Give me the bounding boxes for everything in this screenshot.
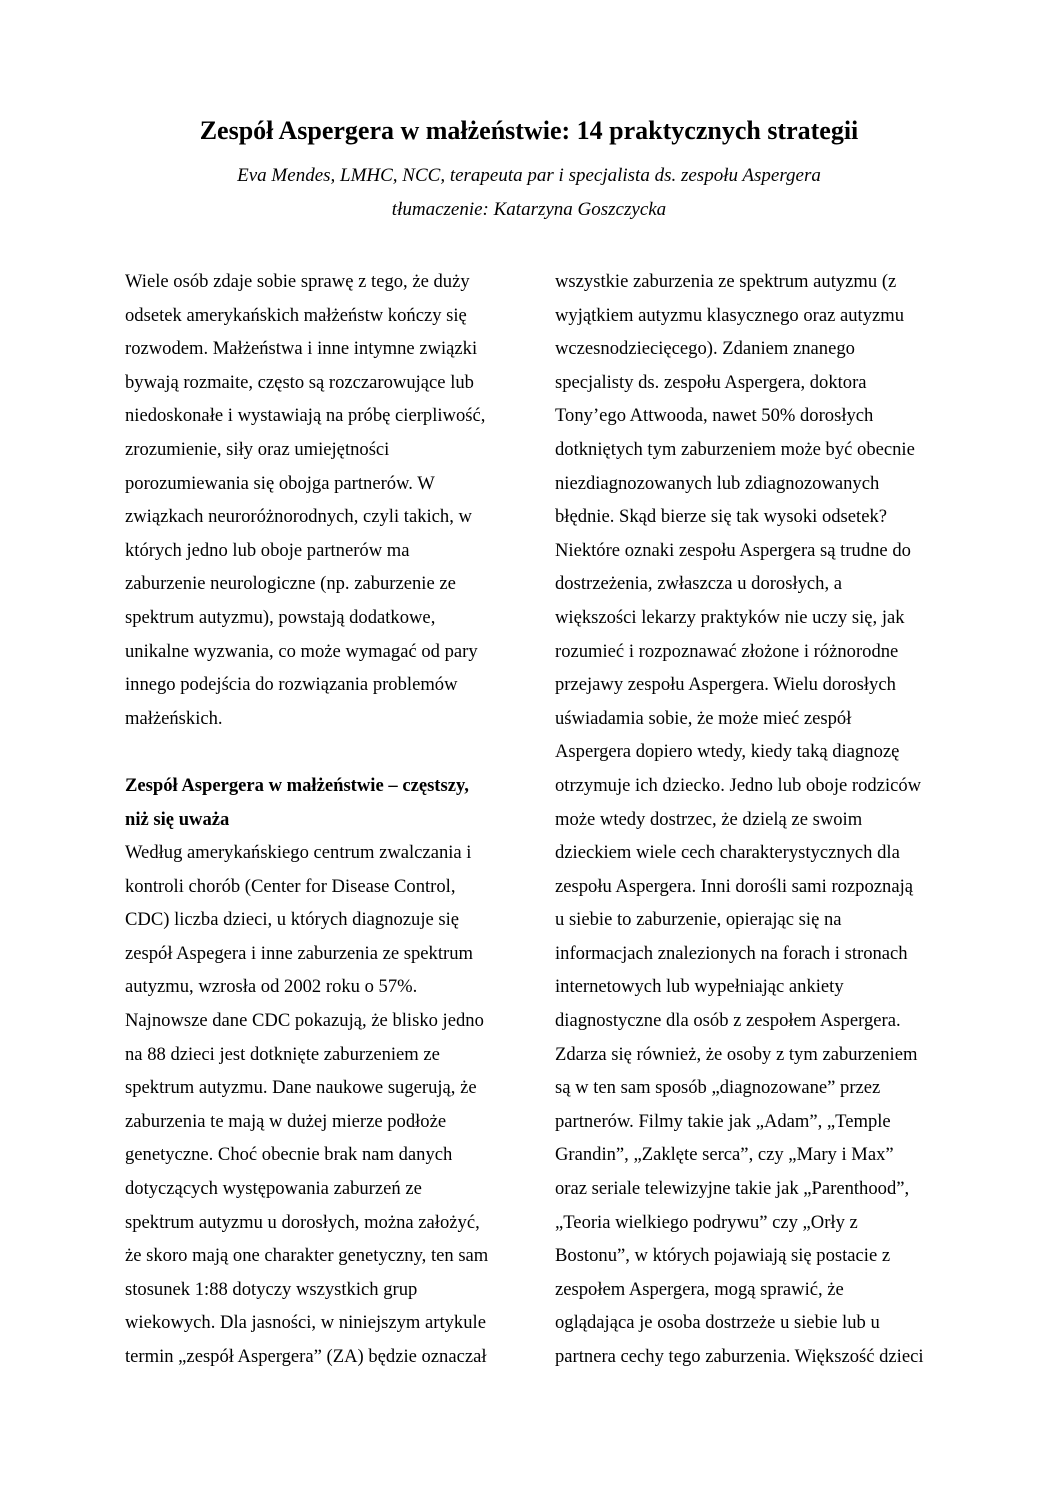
paragraph-line: zaburzenia te mają w dużej mierze podłoż… xyxy=(125,1105,545,1139)
paragraph-line: błędnie. Skąd bierze się tak wysoki odse… xyxy=(555,500,975,534)
paragraph-line: małżeńskich. xyxy=(125,702,545,736)
paragraph-line: diagnostyczne dla osób z zespołem Asperg… xyxy=(555,1004,975,1038)
left-column: Wiele osób zdaje sobie sprawę z tego, że… xyxy=(125,265,545,1374)
paragraph-line: Bostonu”, w których pojawiają się postac… xyxy=(555,1239,975,1273)
paragraph-line: zespół Aspegera i inne zaburzenia ze spe… xyxy=(125,937,545,971)
paragraph-line: wczesnodziecięcego). Zdaniem znanego xyxy=(555,332,975,366)
paragraph-line: Najnowsze dane CDC pokazują, że blisko j… xyxy=(125,1004,545,1038)
paragraph-line: zaburzenie neurologiczne (np. zaburzenie… xyxy=(125,567,545,601)
paragraph-line: innego podejścia do rozwiązania problemó… xyxy=(125,668,545,702)
paragraph-line: zrozumienie, siły oraz umiejętności xyxy=(125,433,545,467)
paragraph-line: uświadamia sobie, że może mieć zespół xyxy=(555,702,975,736)
paragraph-line: oglądająca je osoba dostrzeże u siebie l… xyxy=(555,1306,975,1340)
paragraph-line: że skoro mają one charakter genetyczny, … xyxy=(125,1239,545,1273)
paragraph-line: niedoskonałe i wystawiają na próbę cierp… xyxy=(125,399,545,433)
paragraph-line: CDC) liczba dzieci, u których diagnozuje… xyxy=(125,903,545,937)
paragraph-line: na 88 dzieci jest dotknięte zaburzeniem … xyxy=(125,1038,545,1072)
paragraph-line: przejawy zespołu Aspergera. Wielu dorosł… xyxy=(555,668,975,702)
paragraph-line: wiekowych. Dla jasności, w niniejszym ar… xyxy=(125,1306,545,1340)
paragraph-line: Tony’ego Attwooda, nawet 50% dorosłych xyxy=(555,399,975,433)
paragraph-line: rozwodem. Małżeństwa i inne intymne zwią… xyxy=(125,332,545,366)
paragraph-line: specjalisty ds. zespołu Aspergera, dokto… xyxy=(555,366,975,400)
paragraph-line: internetowych lub wypełniając ankiety xyxy=(555,970,975,1004)
paragraph-line: wyjątkiem autyzmu klasycznego oraz autyz… xyxy=(555,299,975,333)
translator-line: tłumaczenie: Katarzyna Goszczycka xyxy=(0,197,1058,223)
document-title: Zespół Aspergera w małżeństwie: 14 prakt… xyxy=(0,114,1058,148)
paragraph-line: rozumieć i rozpoznawać złożone i różnoro… xyxy=(555,635,975,669)
paragraph-line: spektrum autyzmu), powstają dodatkowe, xyxy=(125,601,545,635)
paragraph-line: spektrum autyzmu. Dane naukowe sugerują,… xyxy=(125,1071,545,1105)
paragraph-line: wszystkie zaburzenia ze spektrum autyzmu… xyxy=(555,265,975,299)
paragraph-line: zespołu Aspergera. Inni dorośli sami roz… xyxy=(555,870,975,904)
section-heading-line: niż się uważa xyxy=(125,803,545,837)
paragraph-line: zespołem Aspergera, mogą sprawić, że xyxy=(555,1273,975,1307)
paragraph-line: odsetek amerykańskich małżeństw kończy s… xyxy=(125,299,545,333)
paragraph-line: u siebie to zaburzenie, opierając się na xyxy=(555,903,975,937)
paragraph-line: otrzymuje ich dziecko. Jedno lub oboje r… xyxy=(555,769,975,803)
paragraph-line: większości lekarzy praktyków nie uczy si… xyxy=(555,601,975,635)
paragraph-line: związkach neuroróżnorodnych, czyli takic… xyxy=(125,500,545,534)
paragraph-line: dostrzeżenia, zwłaszcza u dorosłych, a xyxy=(555,567,975,601)
paragraph-line: Według amerykańskiego centrum zwalczania… xyxy=(125,836,545,870)
paragraph-line: stosunek 1:88 dotyczy wszystkich grup xyxy=(125,1273,545,1307)
paragraph-line: kontroli chorób (Center for Disease Cont… xyxy=(125,870,545,904)
paragraph-line: spektrum autyzmu u dorosłych, można zało… xyxy=(125,1206,545,1240)
paragraph-line: unikalne wyzwania, co może wymagać od pa… xyxy=(125,635,545,669)
paragraph-line: niezdiagnozowanych lub zdiagnozowanych xyxy=(555,467,975,501)
author-line: Eva Mendes, LMHC, NCC, terapeuta par i s… xyxy=(0,163,1058,189)
paragraph-line: partnera cechy tego zaburzenia. Większoś… xyxy=(555,1340,975,1374)
paragraph-line: Grandin”, „Zaklęte serca”, czy „Mary i M… xyxy=(555,1138,975,1172)
section-heading-line: Zespół Aspergera w małżeństwie – częstsz… xyxy=(125,769,545,803)
paragraph-line: Wiele osób zdaje sobie sprawę z tego, że… xyxy=(125,265,545,299)
paragraph-line: oraz seriale telewizyjne takie jak „Pare… xyxy=(555,1172,975,1206)
right-column: wszystkie zaburzenia ze spektrum autyzmu… xyxy=(555,265,975,1374)
paragraph-line: dotyczących występowania zaburzeń ze xyxy=(125,1172,545,1206)
paragraph-line: bywają rozmaite, często są rozczarowując… xyxy=(125,366,545,400)
paragraph-line: dzieckiem wiele cech charakterystycznych… xyxy=(555,836,975,870)
paragraph-line: Aspergera dopiero wtedy, kiedy taką diag… xyxy=(555,735,975,769)
paragraph-line: porozumiewania się obojga partnerów. W xyxy=(125,467,545,501)
paragraph-line: „Teoria wielkiego podrywu” czy „Orły z xyxy=(555,1206,975,1240)
paragraph-line: których jedno lub oboje partnerów ma xyxy=(125,534,545,568)
paragraph-line: dotkniętych tym zaburzeniem może być obe… xyxy=(555,433,975,467)
document-page: Zespół Aspergera w małżeństwie: 14 prakt… xyxy=(0,0,1058,1497)
paragraph-line: Niektóre oznaki zespołu Aspergera są tru… xyxy=(555,534,975,568)
blank-line xyxy=(125,735,545,769)
paragraph-line: informacjach znalezionych na forach i st… xyxy=(555,937,975,971)
paragraph-line: genetyczne. Choć obecnie brak nam danych xyxy=(125,1138,545,1172)
paragraph-line: Zdarza się również, że osoby z tym zabur… xyxy=(555,1038,975,1072)
paragraph-line: termin „zespół Aspergera” (ZA) będzie oz… xyxy=(125,1340,545,1374)
paragraph-line: autyzmu, wzrosła od 2002 roku o 57%. xyxy=(125,970,545,1004)
paragraph-line: partnerów. Filmy takie jak „Adam”, „Temp… xyxy=(555,1105,975,1139)
paragraph-line: może wtedy dostrzec, że dzielą ze swoim xyxy=(555,803,975,837)
paragraph-line: są w ten sam sposób „diagnozowane” przez xyxy=(555,1071,975,1105)
